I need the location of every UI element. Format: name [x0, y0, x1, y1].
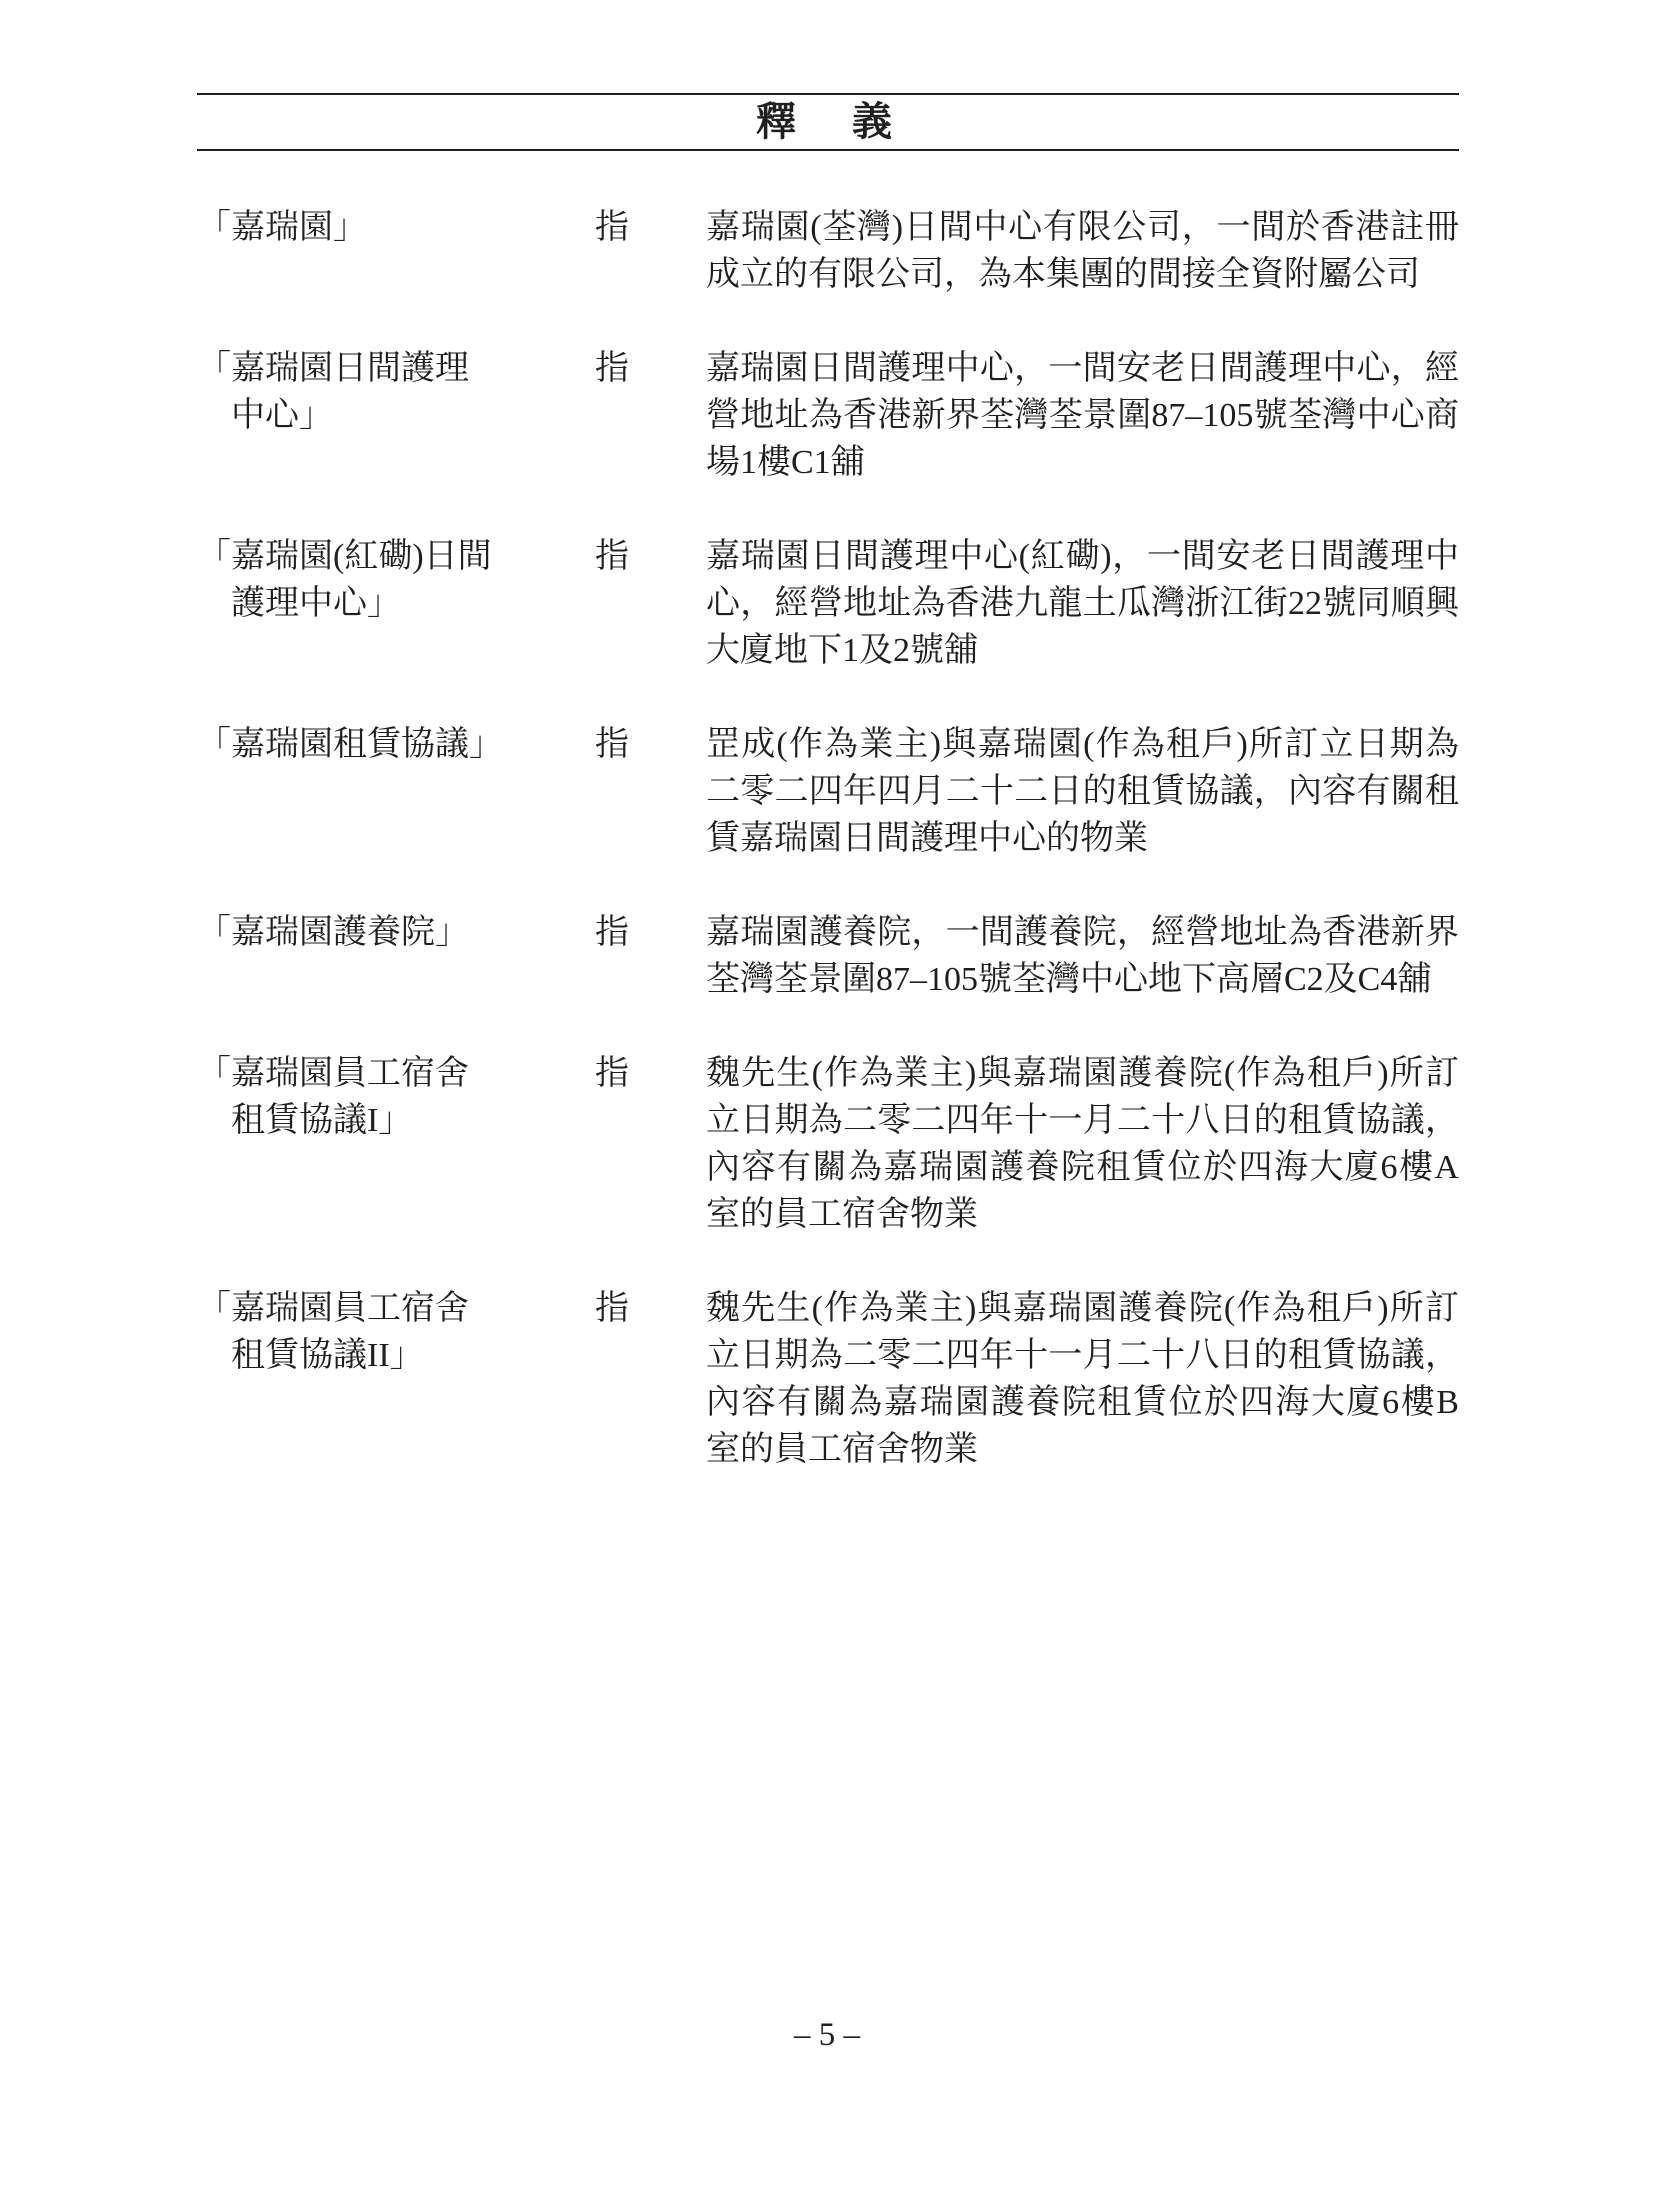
page-number: – 5 –	[0, 2012, 1654, 2059]
definition-term: 「嘉瑞園日間護理 中心」	[197, 345, 595, 439]
definition-entry: 「嘉瑞園日間護理 中心」 指 嘉瑞園日間護理中心，一間安老日間護理中心，經營地址…	[197, 345, 1459, 486]
definition-term: 「嘉瑞園」	[197, 204, 595, 251]
definition-entry: 「嘉瑞園(紅磡)日間 護理中心」 指 嘉瑞園日間護理中心(紅磡)，一間安老日間護…	[197, 533, 1459, 674]
definition-text: 嘉瑞園日間護理中心，一間安老日間護理中心，經營地址為香港新界荃灣荃景圍87–10…	[706, 345, 1459, 486]
definition-text: 魏先生(作為業主)與嘉瑞園護養院(作為租戶)所訂立日期為二零二四年十一月二十八日…	[706, 1050, 1459, 1238]
page-title: 釋 義	[197, 97, 1459, 147]
header-rule-top	[197, 93, 1459, 95]
relation-label: 指	[595, 1285, 706, 1332]
relation-label: 指	[595, 721, 706, 768]
relation-label: 指	[595, 909, 706, 956]
definition-term: 「嘉瑞園(紅磡)日間 護理中心」	[197, 533, 595, 627]
relation-label: 指	[595, 345, 706, 392]
relation-label: 指	[595, 533, 706, 580]
definition-text: 魏先生(作為業主)與嘉瑞園護養院(作為租戶)所訂立日期為二零二四年十一月二十八日…	[706, 1285, 1459, 1473]
header-rule-bottom	[197, 149, 1459, 151]
document-page: 釋 義 「嘉瑞園」 指 嘉瑞園(荃灣)日間中心有限公司，一間於香港註冊成立的有限…	[0, 0, 1654, 2205]
definition-entry: 「嘉瑞園員工宿舍 租賃協議II」 指 魏先生(作為業主)與嘉瑞園護養院(作為租戶…	[197, 1285, 1459, 1473]
definition-entry: 「嘉瑞園租賃協議」 指 罡成(作為業主)與嘉瑞園(作為租戶)所訂立日期為二零二四…	[197, 721, 1459, 862]
definition-term: 「嘉瑞園護養院」	[197, 909, 595, 956]
definitions-list: 「嘉瑞園」 指 嘉瑞園(荃灣)日間中心有限公司，一間於香港註冊成立的有限公司，為…	[197, 204, 1459, 1520]
definition-text: 嘉瑞園護養院，一間護養院，經營地址為香港新界荃灣荃景圍87–105號荃灣中心地下…	[706, 909, 1459, 1003]
definition-text: 嘉瑞園日間護理中心(紅磡)，一間安老日間護理中心，經營地址為香港九龍土瓜灣浙江街…	[706, 533, 1459, 674]
definition-entry: 「嘉瑞園員工宿舍 租賃協議I」 指 魏先生(作為業主)與嘉瑞園護養院(作為租戶)…	[197, 1050, 1459, 1238]
definition-term: 「嘉瑞園租賃協議」	[197, 721, 595, 768]
definition-entry: 「嘉瑞園護養院」 指 嘉瑞園護養院，一間護養院，經營地址為香港新界荃灣荃景圍87…	[197, 909, 1459, 1003]
definition-term: 「嘉瑞園員工宿舍 租賃協議II」	[197, 1285, 595, 1379]
relation-label: 指	[595, 204, 706, 251]
definition-term: 「嘉瑞園員工宿舍 租賃協議I」	[197, 1050, 595, 1144]
relation-label: 指	[595, 1050, 706, 1097]
definition-text: 罡成(作為業主)與嘉瑞園(作為租戶)所訂立日期為二零二四年四月二十二日的租賃協議…	[706, 721, 1459, 862]
definition-entry: 「嘉瑞園」 指 嘉瑞園(荃灣)日間中心有限公司，一間於香港註冊成立的有限公司，為…	[197, 204, 1459, 298]
definition-text: 嘉瑞園(荃灣)日間中心有限公司，一間於香港註冊成立的有限公司，為本集團的間接全資…	[706, 204, 1459, 298]
